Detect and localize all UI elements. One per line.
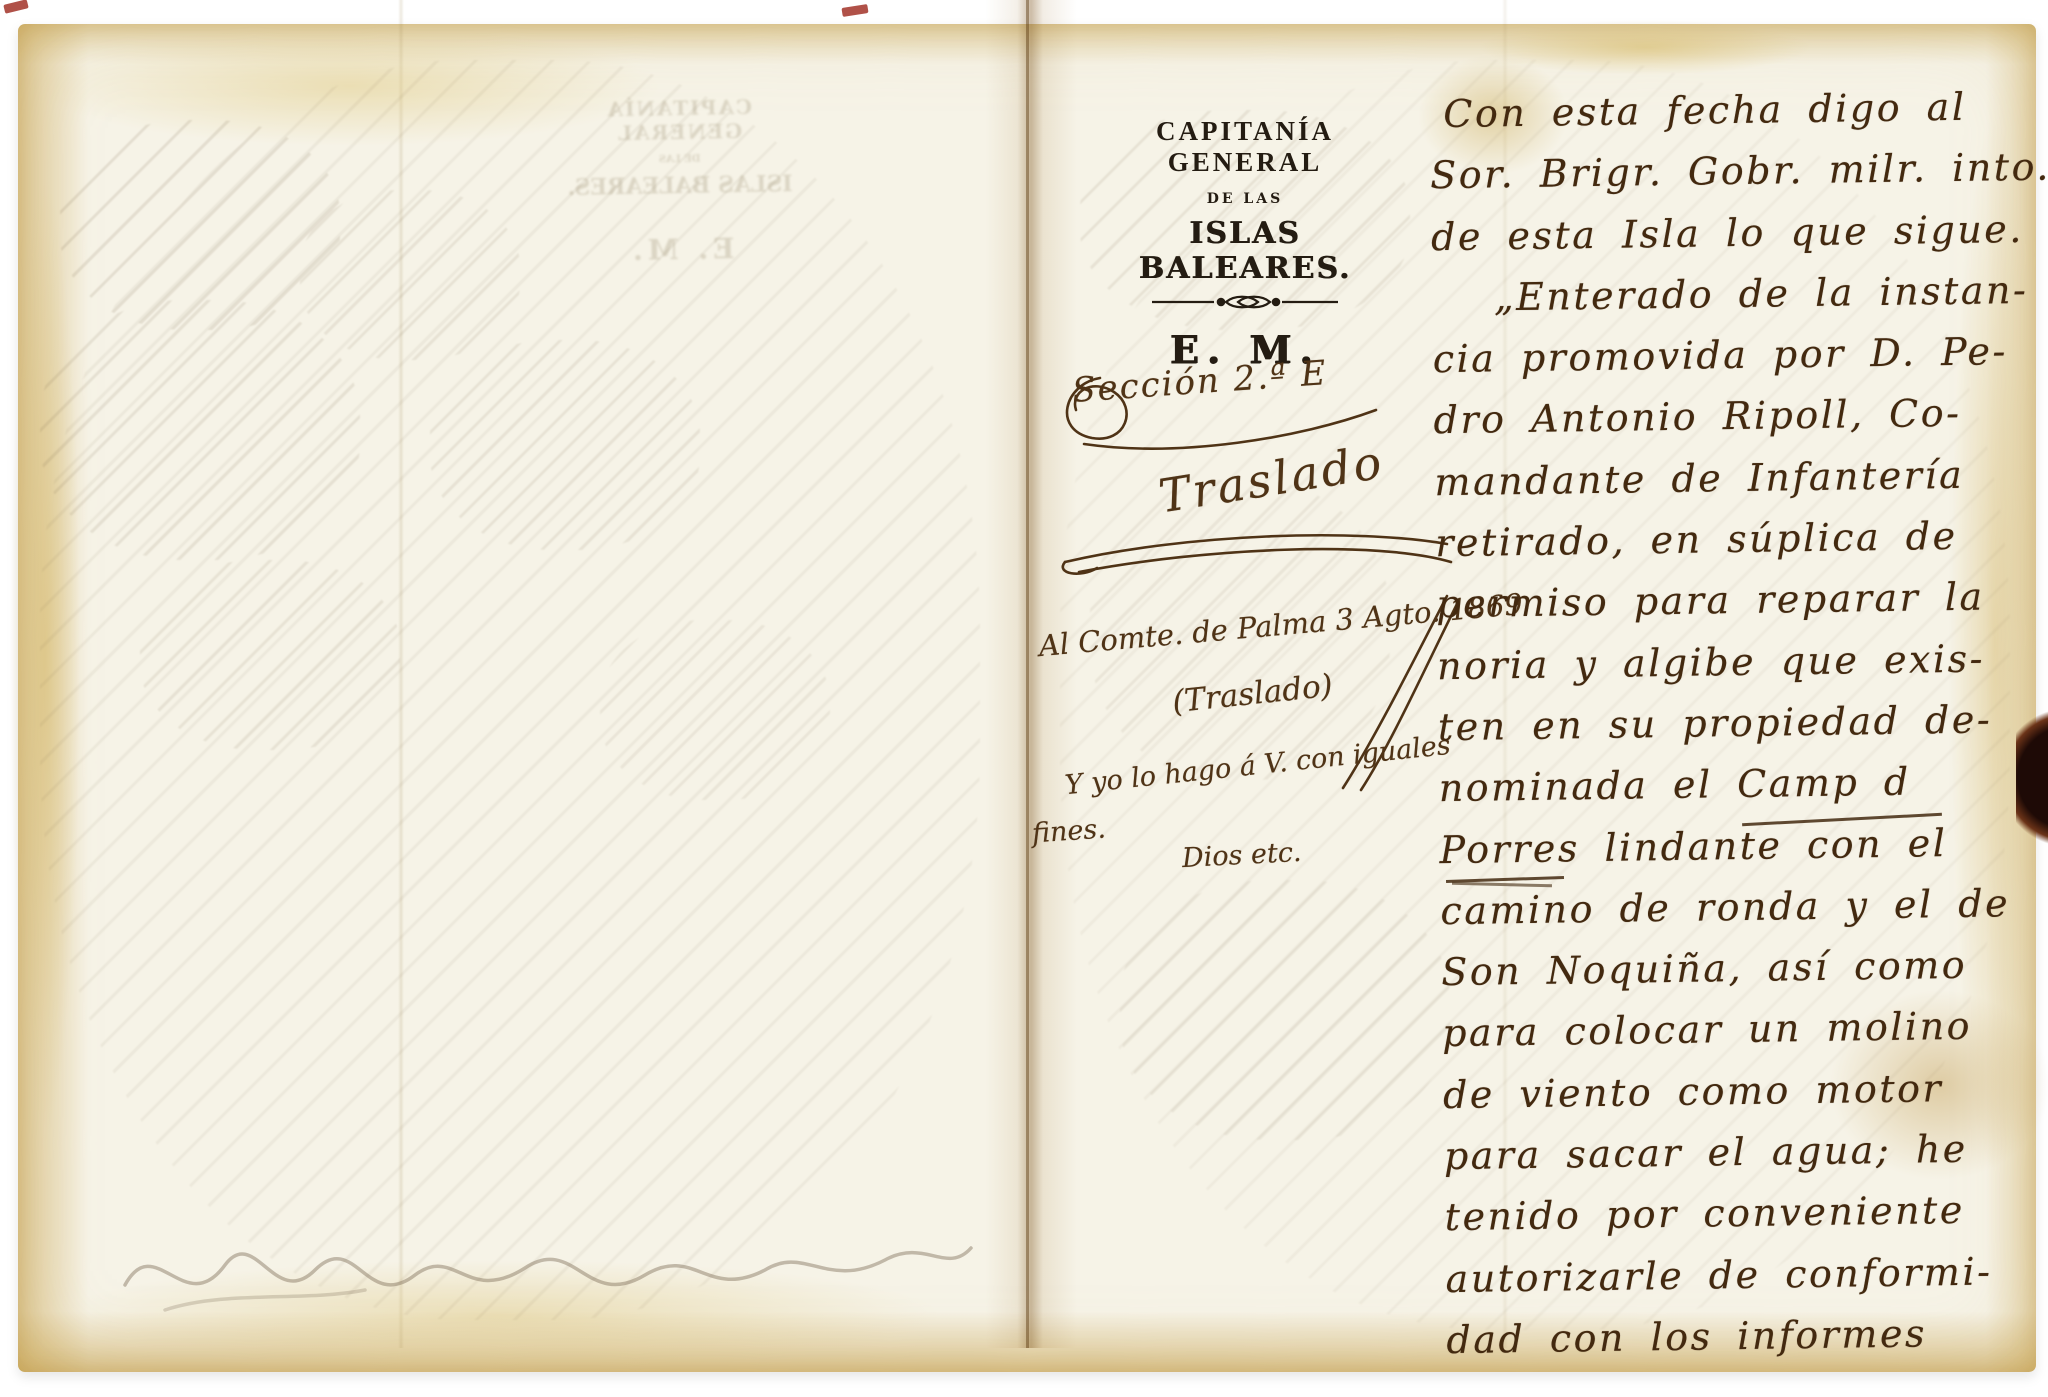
letterhead-region: ISLAS BALEARES.: [1078, 216, 1412, 286]
manuscript-line: para colocar un molino: [1442, 1003, 2043, 1073]
traslado-flourish: [1055, 520, 1455, 582]
letterhead-divider-ornament-icon: [1150, 293, 1340, 311]
manuscript-line: retirado, en súplica de: [1435, 513, 2036, 583]
manuscript-line: dro Antonio Ripoll, Co-: [1433, 390, 2034, 460]
red-ink-mark: [841, 4, 868, 17]
manuscript-line: Son Noquiña, así como: [1441, 942, 2042, 1012]
manuscript-body: Con esta fecha digo al Sor. Brigr. Gobr.…: [1429, 84, 2047, 1379]
bleedthrough-letterhead: CAPITANÍA GENERAL DE LAS ISLAS BALEARES.…: [559, 94, 802, 268]
manuscript-line: ten en su propiedad de-: [1438, 697, 2039, 767]
manuscript-line: „Enterado de la instan-: [1432, 268, 2033, 338]
manuscript-line: camino de ronda y el de: [1440, 881, 2041, 951]
manuscript-line: nominada el Camp d: [1438, 758, 2039, 828]
bleedthrough-letterhead-line3: ISLAS BALEARES.: [560, 171, 800, 201]
closing-note-line3: Dios etc.: [1181, 837, 1302, 874]
manuscript-line: autorizarle de conformi-: [1445, 1248, 2046, 1318]
manuscript-line: de esta Isla lo que sigue.: [1431, 206, 2032, 276]
manuscript-line: tenido por conveniente: [1444, 1187, 2045, 1257]
bleedthrough-strokes: [140, 560, 400, 750]
manuscript-line: Sor. Brigr. Gobr. milr. into.: [1430, 145, 2031, 215]
bleedthrough-strokes: [300, 190, 520, 360]
closing-note-line2: fines.: [1031, 813, 1107, 849]
bleedthrough-strokes: [60, 120, 340, 330]
bleedthrough-strokes: [600, 620, 830, 800]
scanned-letter-page: CAPITANÍA GENERAL DE LAS ISLAS BALEARES.…: [0, 0, 2048, 1397]
bleedthrough-signature: [105, 1190, 985, 1340]
center-fold-line: [1026, 0, 1029, 1348]
letterhead: CAPITANÍA GENERAL DE LAS ISLAS BALEARES.…: [1078, 116, 1412, 372]
red-ink-mark: [3, 0, 28, 14]
manuscript-line: permiso para reparar la: [1436, 574, 2037, 644]
manuscript-line: mandante de Infantería: [1434, 452, 2035, 522]
bleedthrough-letterhead-line2: DE LAS: [560, 152, 800, 167]
bleedthrough-strokes: [430, 340, 700, 550]
manuscript-line: noria y algibe que exis-: [1437, 635, 2038, 705]
bleedthrough-letterhead-line1: CAPITANÍA GENERAL: [559, 94, 800, 146]
bleedthrough-strokes: [40, 300, 360, 560]
manuscript-line: dad con los informes: [1446, 1310, 2047, 1380]
manuscript-line: cia promovida por D. Pe-: [1432, 329, 2033, 399]
letterhead-subtitle: DE LAS: [1078, 191, 1412, 207]
letterhead-title: CAPITANÍA GENERAL: [1078, 116, 1412, 178]
manuscript-line: de viento como motor: [1443, 1065, 2044, 1135]
bleedthrough-strokes: [1120, 880, 1450, 1140]
bleedthrough-letterhead-abbr: E. M.: [561, 231, 802, 268]
manuscript-line: Con esta fecha digo al: [1429, 84, 2030, 154]
manuscript-line: para sacar el agua; he: [1444, 1126, 2045, 1196]
